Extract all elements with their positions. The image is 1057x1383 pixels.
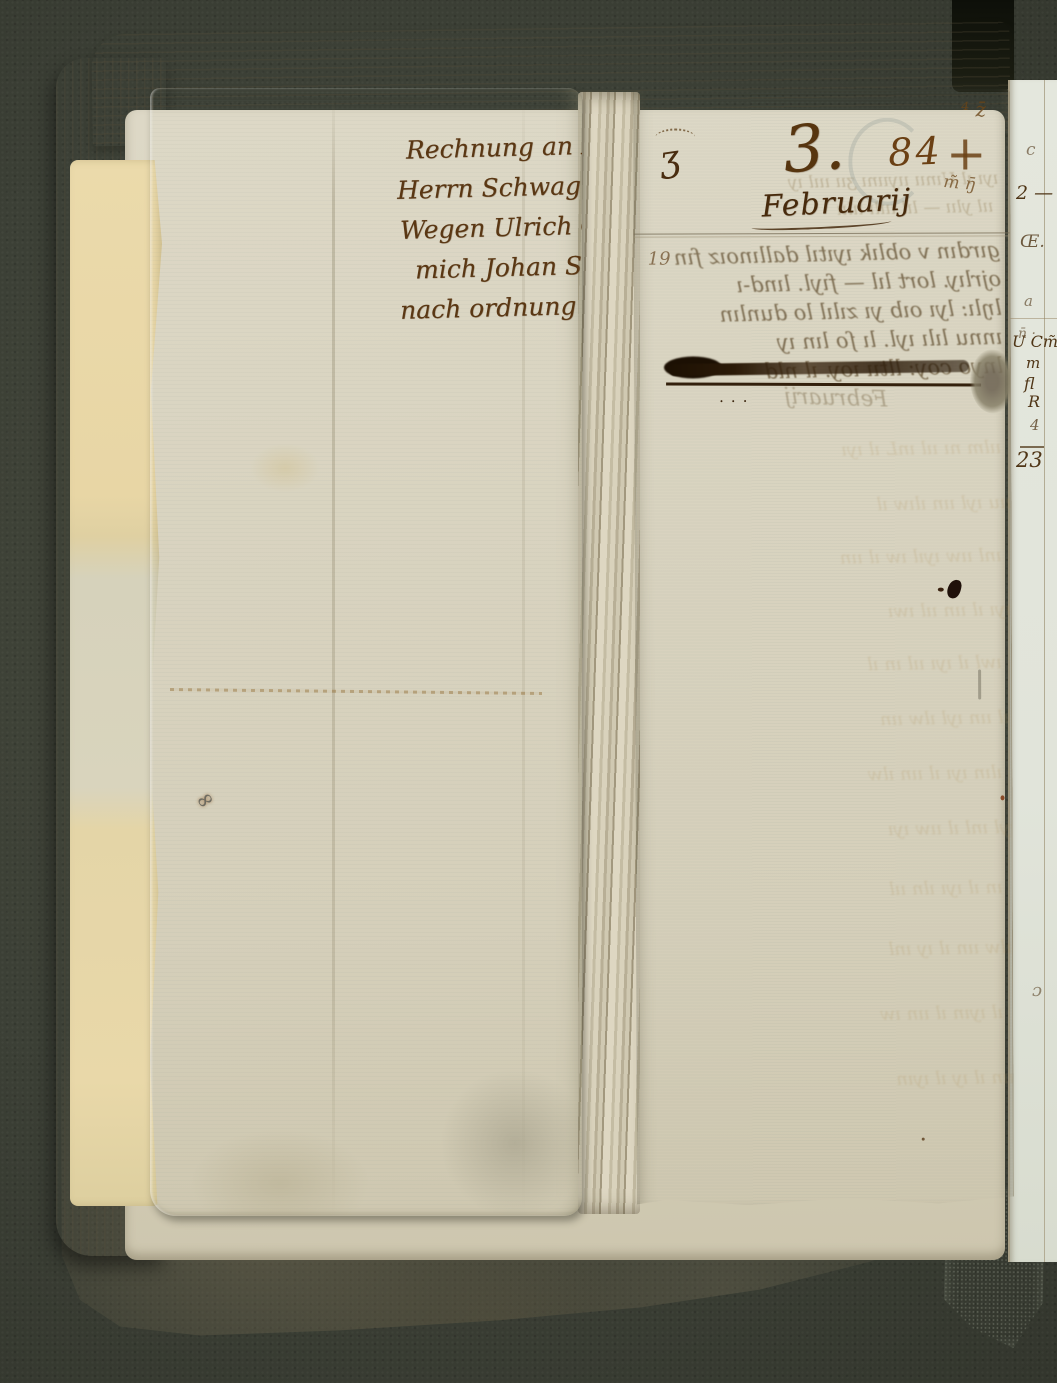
faint-bleedthrough-line: ıwl ıl ıyı ııl ın ıl <box>650 652 1002 679</box>
faint-bleedthrough-line: ıl ıın ıyl ılw ıın <box>657 707 1009 734</box>
sliver-fragment: c <box>1026 140 1036 160</box>
grey-dash-mark <box>978 669 981 699</box>
ink-blot <box>970 349 1014 413</box>
ink-spot-satellite <box>938 588 944 592</box>
faint-bleedthrough-line: ıılm nı ııl ınL ıl ıyı <box>649 437 1001 464</box>
corner-scribble: ⁴ z̄ <box>961 97 986 121</box>
handwriting-line: Rechnung an Meinen <box>395 125 582 171</box>
sliver-fragment: R <box>1028 392 1040 411</box>
corner-scribbles: ⁴ z̄ m̃ ŋ̄ <box>933 95 1009 210</box>
sliver-fragment: Œ. <box>1020 232 1045 252</box>
faint-bleedthrough-line: ın ıl ıyı ıln ııl <box>651 877 1003 904</box>
ink-spot <box>946 578 963 600</box>
handwriting-line: Wegen Ulrich Gestel <box>398 205 582 251</box>
brown-speck <box>922 1138 925 1141</box>
fold-crease <box>332 88 335 1216</box>
photo-stage: c 2 — Œ. a n̄ · U Cm̃ m fl R 4 23 ɔ ⁴ z̄… <box>0 0 1057 1383</box>
sliver-fragment: ɔ <box>1032 980 1042 1001</box>
faint-bleedthrough-line: lıyı ıl ıın ııl ıwı <box>665 599 1014 626</box>
bottom-stain <box>190 1128 370 1216</box>
sliver-fragment: U Cm̃ <box>1012 332 1057 351</box>
grey-smudge <box>440 1068 582 1216</box>
faint-bleedthrough-line: ıın ıl ıy ıl ıyın <box>662 1067 1014 1094</box>
sliver-fragment: m <box>1026 354 1040 372</box>
handwriting-line: nach ordnung obgem <box>400 285 582 331</box>
yellow-stain <box>250 443 320 493</box>
ghost-month-heading: Februarij <box>784 384 888 412</box>
horizontal-crease <box>170 688 542 695</box>
page-number: 84 <box>887 129 943 175</box>
red-speck <box>1001 795 1005 800</box>
faint-bleedthrough-line: ıyl ınl ıl ııw ıyı <box>663 817 1013 844</box>
ink-mark-eyelet: ∞ <box>191 785 220 816</box>
ledger-page: ⁴ z̄ m̃ ŋ̄ 3. 84 ʒ ıyı ıl Uınıı ııyıını … <box>633 89 1014 1206</box>
loose-letter: ∞ Rechnung an Meinen Herrn Schwager Herr… <box>150 88 582 1216</box>
cross-mark <box>963 139 967 169</box>
faint-bleedthrough-line: ılw ıın ıl ıy ınl <box>660 937 1012 964</box>
handwriting-line: Herrn Schwager Herrn <box>396 165 582 211</box>
sliver-fragment: fl <box>1024 374 1035 393</box>
sliver-fragment: 2 — <box>1016 182 1053 204</box>
faint-bleedthrough-line: ılın ıyı ıl ıın ılw <box>650 762 1002 789</box>
sliver-page-edge-line <box>1044 80 1045 1262</box>
handwriting-block: Rechnung an Meinen Herrn Schwager Herrn … <box>395 125 582 331</box>
faint-bleedthrough-line: ıl ıyın ıl ıın ıw <box>651 1002 1003 1029</box>
sliver-fragment: 23 <box>1016 448 1043 472</box>
faint-bleedthrough-line: ııu ıyl ıın ılıw ıl <box>659 492 1011 519</box>
yellow-underleaf-edge <box>70 160 162 1206</box>
sliver-ruled-line <box>1010 318 1057 319</box>
sliver-fragment: 4 <box>1030 416 1040 434</box>
sliver-fragment: a <box>1024 292 1033 310</box>
handwriting-line: mich Johan Schmid <box>399 245 582 291</box>
next-page-sliver: c 2 — Œ. a n̄ · U Cm̃ m fl R 4 23 ɔ <box>1008 80 1057 1262</box>
gutter-page-edges <box>578 92 640 1214</box>
faint-bleedthrough-line: ınl ııw ıyıl ıw ıl ıın <box>650 545 1002 572</box>
ellipsis-dots: ··· <box>719 392 754 410</box>
